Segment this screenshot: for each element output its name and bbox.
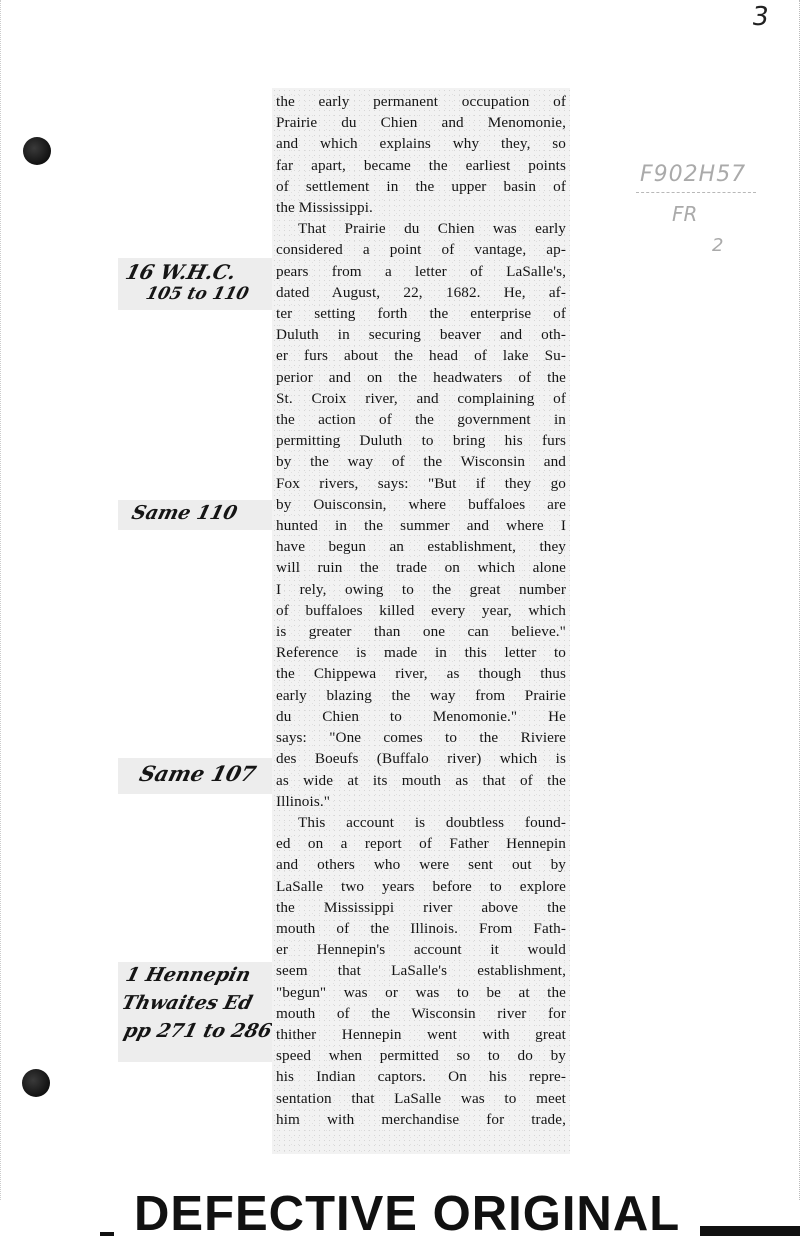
margin-note-citation-4: 1 Hennepin <box>124 966 253 986</box>
margin-note-citation-2: Same 110 <box>130 504 239 524</box>
text-line: mouth of the Wisconsin river for <box>276 1003 566 1024</box>
text-line: will ruin the trade on which alone <box>276 557 566 578</box>
pencil-reference-note: F902H57 <box>640 162 746 187</box>
text-line: St. Croix river, and complaining of <box>276 388 566 409</box>
text-line: hunted in the summer and where I <box>276 515 566 536</box>
text-line: the Chippewa river, as though thus <box>276 663 566 684</box>
pencil-sheet-note: 2 <box>712 235 723 256</box>
text-line: considered a point of vantage, ap- <box>276 239 566 260</box>
pencil-underline <box>636 192 756 193</box>
text-line: is greater than one can believe." <box>276 621 566 642</box>
text-line: of buffaloes killed every year, which <box>276 600 566 621</box>
margin-note-citation-4-edition: Thwaites Ed <box>120 994 255 1014</box>
punch-hole-top <box>23 137 51 165</box>
text-line: du Chien to Menomonie." He <box>276 706 566 727</box>
text-line: Reference is made in this letter to <box>276 642 566 663</box>
text-line: er Hennepin's account it would <box>276 939 566 960</box>
text-line: Prairie du Chien and Menomonie, <box>276 112 566 133</box>
page-left-edge <box>0 0 2 1200</box>
text-line: dated August, 22, 1682. He, af- <box>276 282 566 303</box>
text-line: the Mississippi. <box>276 197 566 218</box>
text-line: speed when permitted so to do by <box>276 1045 566 1066</box>
margin-note-citation-3: Same 107 <box>137 763 258 785</box>
text-line: permitting Duluth to bring his furs <box>276 430 566 451</box>
text-line: perior and on the headwaters of the <box>276 367 566 388</box>
paragraph-3: This account is doubtless found- ed on a… <box>276 812 566 1130</box>
text-line: des Boeufs (Buffalo river) which is <box>276 748 566 769</box>
banner-left-bar <box>100 1232 114 1236</box>
text-line: pears from a letter of LaSalle's, <box>276 261 566 282</box>
text-line: have begun an establishment, they <box>276 536 566 557</box>
text-line: and which explains why they, so <box>276 133 566 154</box>
defective-original-banner: DEFECTIVE ORIGINAL <box>134 1190 680 1239</box>
text-line: by Ouisconsin, where buffaloes are <box>276 494 566 515</box>
text-line: says: "One comes to the Riviere <box>276 727 566 748</box>
text-line: far apart, became the earliest points <box>276 155 566 176</box>
pencil-fr-note: FR <box>672 202 697 226</box>
margin-note-citation-4-pages: pp 271 to 286 <box>122 1022 274 1042</box>
text-line: seem that LaSalle's establishment, <box>276 960 566 981</box>
banner-right-bar <box>700 1226 800 1236</box>
text-line: "begun" was or was to be at the <box>276 982 566 1003</box>
newspaper-clipping: the early permanent occupation of Prairi… <box>272 88 570 1154</box>
text-line: the action of the government in <box>276 409 566 430</box>
text-line: and others who were sent out by <box>276 854 566 875</box>
text-line: the early permanent occupation of <box>276 91 566 112</box>
text-line: I rely, owing to the great number <box>276 579 566 600</box>
text-line: as wide at its mouth as that of the <box>276 770 566 791</box>
text-line: ed on a report of Father Hennepin <box>276 833 566 854</box>
text-line: thither Hennepin went with great <box>276 1024 566 1045</box>
text-line: That Prairie du Chien was early <box>276 218 566 239</box>
text-line: er furs about the head of lake Su- <box>276 345 566 366</box>
text-line: sentation that LaSalle was to meet <box>276 1088 566 1109</box>
text-line: This account is doubtless found- <box>276 812 566 833</box>
text-line: by the way of the Wisconsin and <box>276 451 566 472</box>
text-line: Fox rivers, says: "But if they go <box>276 473 566 494</box>
text-line: ter setting forth the enterprise of <box>276 303 566 324</box>
text-line: of settlement in the upper basin of <box>276 176 566 197</box>
text-line: Duluth in securing beaver and oth- <box>276 324 566 345</box>
text-line: Illinois." <box>276 791 566 812</box>
text-line: early blazing the way from Prairie <box>276 685 566 706</box>
margin-note-citation-1-pages: 105 to 110 <box>144 286 250 304</box>
paragraph-1: the early permanent occupation of Prairi… <box>276 91 566 218</box>
text-line: his Indian captors. On his repre- <box>276 1066 566 1087</box>
text-line: him with merchandise for trade, <box>276 1109 566 1130</box>
text-line: LaSalle two years before to explore <box>276 876 566 897</box>
page-number: 3 <box>750 2 771 32</box>
text-line: mouth of the Illinois. From Fath- <box>276 918 566 939</box>
margin-note-citation-1: 16 W.H.C. <box>123 262 238 283</box>
text-line: the Mississippi river above the <box>276 897 566 918</box>
punch-hole-bottom <box>22 1069 50 1097</box>
paragraph-2: That Prairie du Chien was early consider… <box>276 218 566 812</box>
